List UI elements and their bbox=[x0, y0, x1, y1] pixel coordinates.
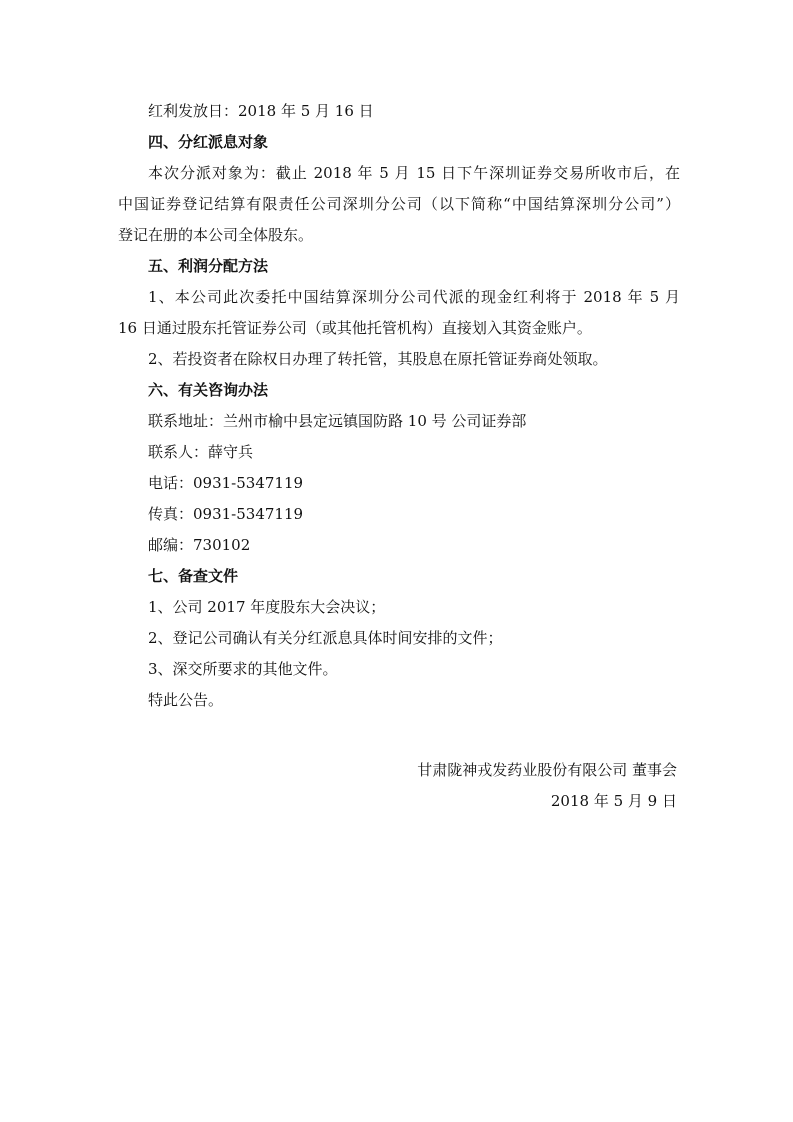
section-5-heading: 五、利润分配方法 bbox=[118, 251, 680, 282]
section-5-item-2: 2、若投资者在除权日办理了转托管，其股息在原托管证券商处领取。 bbox=[118, 344, 680, 375]
contact-address: 联系地址：兰州市榆中县定远镇国防路 10 号 公司证券部 bbox=[118, 406, 680, 437]
section-4-paragraph-line-1: 本次分派对象为：截止 2018 年 5 月 15 日下午深圳证券交易所收市后，在 bbox=[118, 158, 680, 189]
section-7-heading: 七、备查文件 bbox=[118, 561, 680, 592]
contact-person: 联系人：薛守兵 bbox=[118, 437, 680, 468]
section-5-item-1-line-1: 1、本公司此次委托中国结算深圳分公司代派的现金红利将于 2018 年 5 月 bbox=[118, 282, 680, 313]
reference-doc-3: 3、深交所要求的其他文件。 bbox=[118, 654, 680, 685]
signature-date: 2018 年 5 月 9 日 bbox=[551, 786, 677, 817]
closing-statement: 特此公告。 bbox=[118, 685, 680, 716]
section-6-heading: 六、有关咨询办法 bbox=[118, 375, 680, 406]
contact-fax: 传真：0931-5347119 bbox=[118, 499, 680, 530]
reference-doc-1: 1、公司 2017 年度股东大会决议； bbox=[118, 592, 680, 623]
section-4-paragraph-line-2: 中国证券登记结算有限责任公司深圳分公司（以下简称“中国结算深圳分公司”） bbox=[118, 189, 680, 220]
section-5-item-1-line-2: 16 日通过股东托管证券公司（或其他托管机构）直接划入其资金账户。 bbox=[118, 313, 680, 344]
contact-phone: 电话：0931-5347119 bbox=[118, 468, 680, 499]
section-4-heading: 四、分红派息对象 bbox=[118, 127, 680, 158]
reference-doc-2: 2、登记公司确认有关分红派息具体时间安排的文件； bbox=[118, 623, 680, 654]
payout-date-line: 红利发放日：2018 年 5 月 16 日 bbox=[118, 96, 680, 127]
section-4-paragraph-line-3: 登记在册的本公司全体股东。 bbox=[118, 220, 680, 251]
signature-company: 甘肃陇神戎发药业股份有限公司 董事会 bbox=[417, 755, 677, 786]
contact-postcode: 邮编：730102 bbox=[118, 530, 680, 561]
document-body: 红利发放日：2018 年 5 月 16 日 四、分红派息对象 本次分派对象为：截… bbox=[118, 96, 680, 716]
